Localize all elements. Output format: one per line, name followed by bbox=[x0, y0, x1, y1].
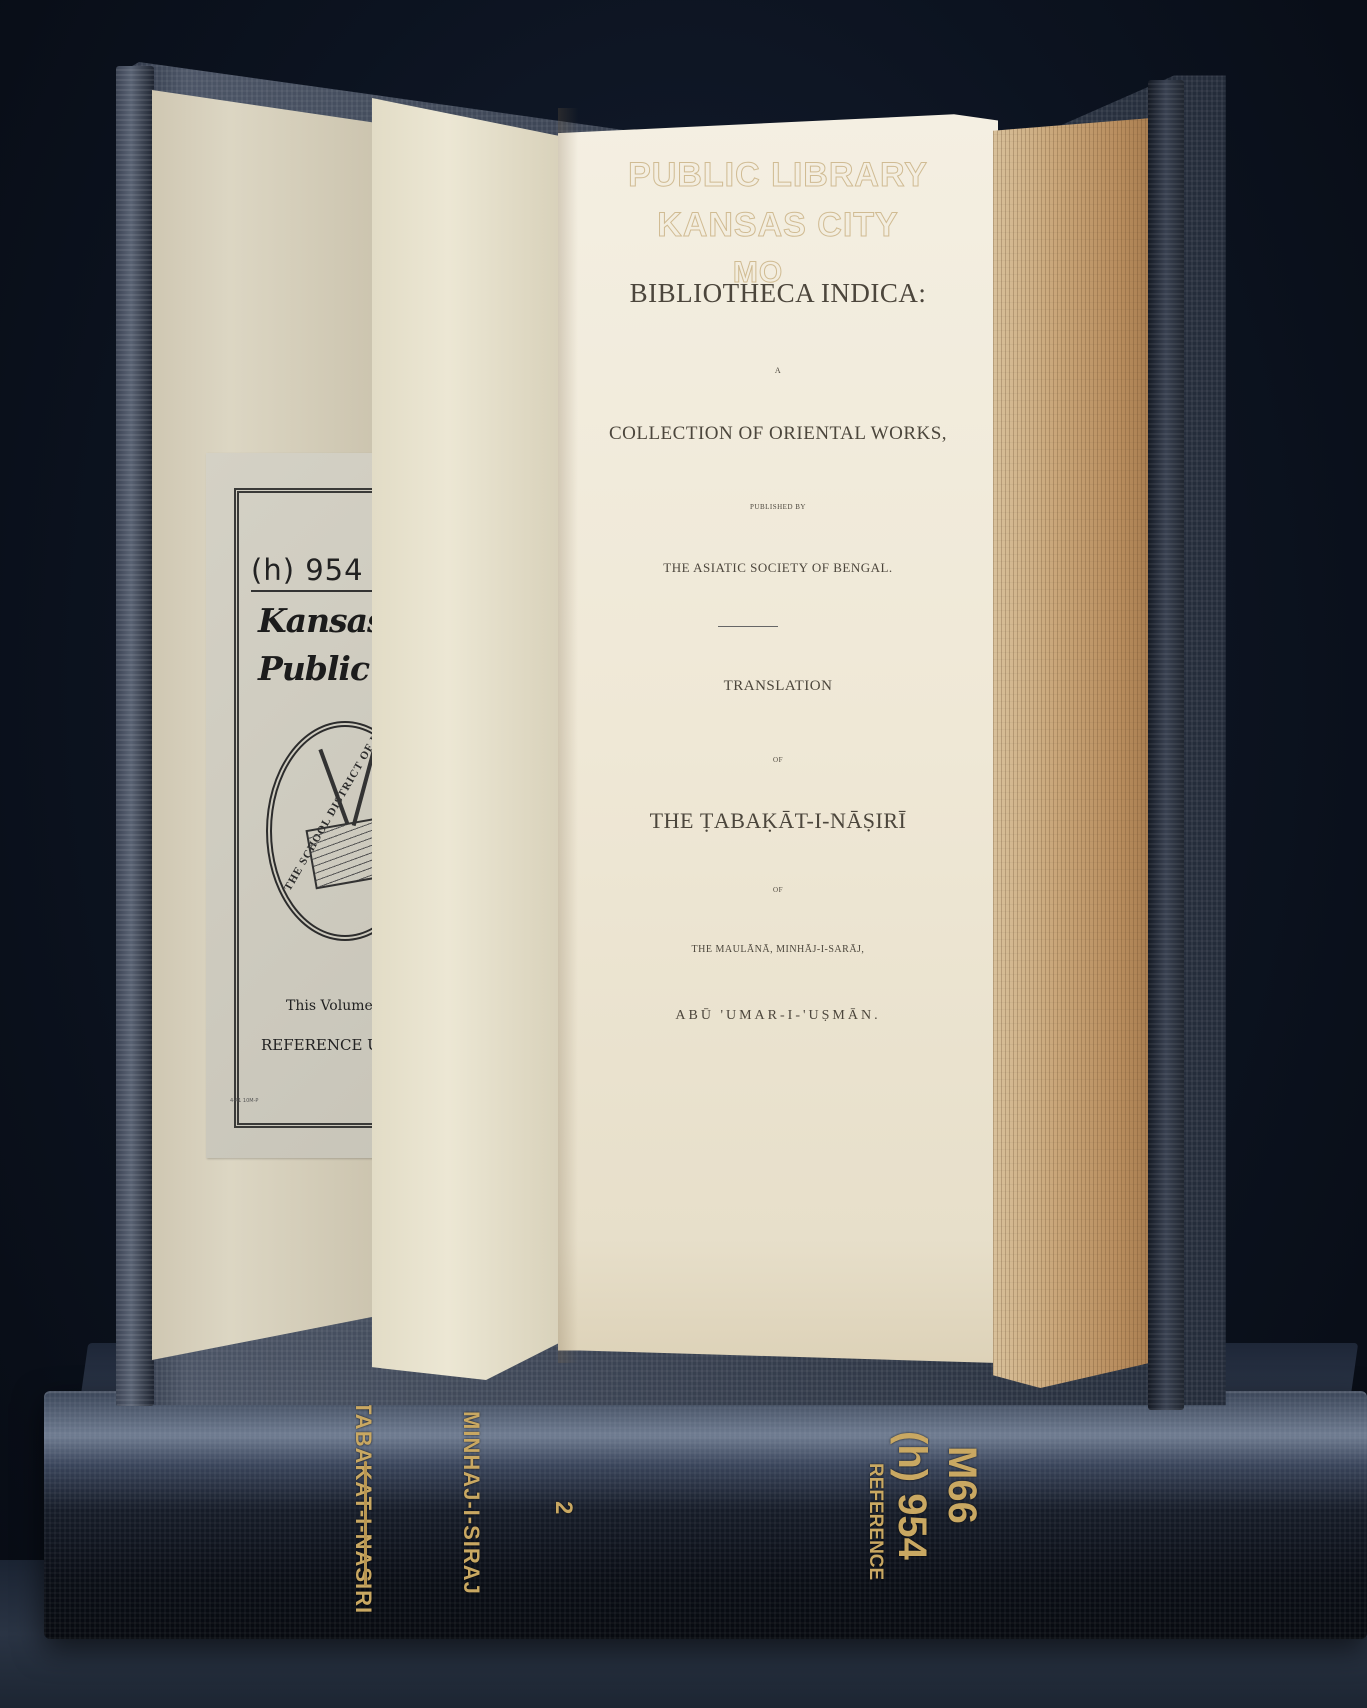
gutter-shadow bbox=[558, 108, 578, 1363]
spine-title: TABAKAT-I-NASIRI bbox=[350, 1401, 376, 1614]
spine-author: MINHAJ-I-SIRAJ bbox=[458, 1411, 484, 1595]
article-a: A bbox=[558, 366, 998, 375]
spine-reference-label: REFERENCE bbox=[864, 1463, 886, 1580]
author-name: ABŪ 'UMAR-I-'UṢMĀN. bbox=[558, 1008, 998, 1024]
front-board-edge bbox=[116, 66, 154, 1406]
spine-call-number: (h) 954 bbox=[889, 1431, 934, 1560]
publisher: THE ASIATIC SOCIETY OF BENGAL. bbox=[558, 560, 998, 576]
of-label-1: OF bbox=[558, 756, 998, 764]
spine-volume: 2 bbox=[549, 1501, 577, 1514]
spine-call-cutter: M66 bbox=[939, 1446, 984, 1524]
title-page: PUBLIC LIBRARY KANSAS CITY MO BIBLIOTHEC… bbox=[558, 108, 998, 1363]
title-divider-rule bbox=[718, 626, 778, 627]
author-line: THE MAULĀNĀ, MINHĀJ-I-SARĀJ, bbox=[558, 944, 998, 955]
perforated-stamp-line1: PUBLIC LIBRARY bbox=[558, 156, 998, 195]
page-block-fore-edge bbox=[993, 118, 1151, 1388]
translation-label: TRANSLATION bbox=[558, 678, 998, 695]
bookplate-print-code: 4-41 10M-P bbox=[230, 1098, 258, 1104]
published-by: PUBLISHED BY bbox=[558, 503, 998, 511]
photo-scene: TABAKAT-I-NASIRI MINHAJ-I-SIRAJ 2 REFERE… bbox=[0, 0, 1367, 1708]
back-board-edge bbox=[1148, 80, 1184, 1410]
flyleaf-page bbox=[372, 98, 562, 1380]
series-subtitle: COLLECTION OF ORIENTAL WORKS, bbox=[558, 423, 998, 445]
closed-book-spine: TABAKAT-I-NASIRI MINHAJ-I-SIRAJ 2 REFERE… bbox=[44, 1391, 1367, 1639]
spine-divider bbox=[364, 1461, 367, 1586]
perforated-stamp-line2: KANSAS CITY bbox=[558, 206, 998, 245]
work-title: THE ṬABAḲĀT-I-NĀṢIRĪ bbox=[558, 808, 998, 834]
of-label-2: OF bbox=[558, 886, 998, 894]
series-title: BIBLIOTHECA INDICA: bbox=[558, 278, 998, 309]
